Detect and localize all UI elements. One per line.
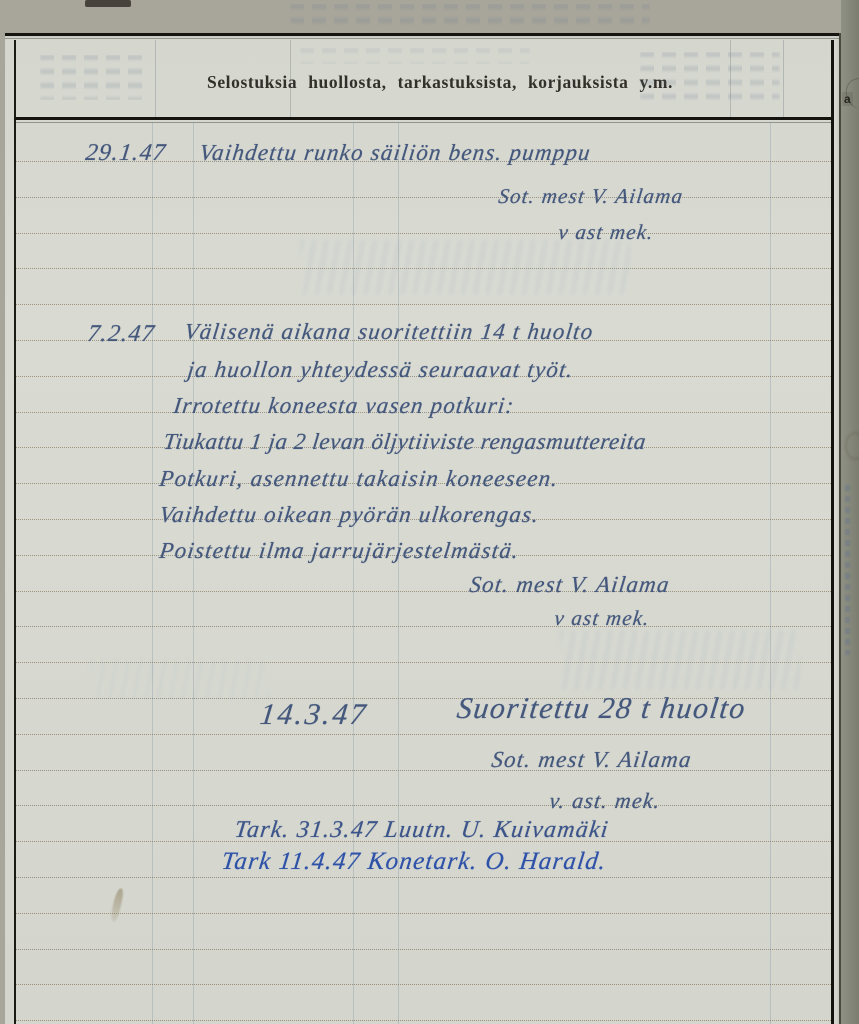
scanned-logbook-page: Selostuksia huollosta, tarkastuksista, k… xyxy=(0,0,859,1024)
page-title: Selostuksia huollosta, tarkastuksista, k… xyxy=(120,72,760,93)
ruled-line xyxy=(16,805,831,806)
header-divider xyxy=(14,117,834,120)
entry2-line6: Vaihdettu oikean pyörän ulkorengas. xyxy=(158,502,541,528)
ruled-line xyxy=(16,949,831,950)
ruled-line xyxy=(16,734,831,735)
ruled-line xyxy=(16,984,831,985)
entry2-line5: Potkuri, asennettu takaisin koneeseen. xyxy=(158,466,560,492)
entry2-signature: Sot. mest V. Ailama xyxy=(468,572,671,598)
entry2-line7: Poistettu ilma jarrujärjestelmästä. xyxy=(158,538,521,564)
page-right-edge xyxy=(839,33,841,1024)
header-divider-shadow xyxy=(14,122,834,123)
entry3-text: Suoritettu 28 t huolto xyxy=(455,692,748,726)
entry2-line3: Irrotettu koneesta vasen potkuri: xyxy=(172,393,516,419)
scan-background-right xyxy=(841,0,859,1024)
ruled-line xyxy=(16,233,831,234)
entry2-line4: Tiukattu 1 ja 2 levan öljytiiviste renga… xyxy=(162,429,648,455)
entry2-line2: ja huollon yhteydessä seuraavat työt. xyxy=(186,357,575,383)
ruled-line xyxy=(16,626,831,627)
entry3-date: 14.3.47 xyxy=(258,698,370,732)
entry2-date: 7.2.47 xyxy=(86,321,157,348)
form-border-right xyxy=(831,40,834,1024)
ruled-line xyxy=(16,268,831,269)
inspection-note-1: Tark. 31.3.47 Luutn. U. Kuivamäki xyxy=(233,817,610,844)
entry1-signature: Sot. mest V. Ailama xyxy=(497,184,685,209)
header-column-line xyxy=(783,40,784,117)
entry1-text: Vaihdettu runko säiliön bens. pumppu xyxy=(198,140,593,166)
entry1-date: 29.1.47 xyxy=(84,140,168,167)
faint-column-line xyxy=(353,123,354,1024)
ruled-line xyxy=(16,197,831,198)
entry2-signature-role: v ast mek. xyxy=(553,606,651,631)
margin-label: a xyxy=(842,92,853,106)
header-column-line xyxy=(155,40,156,117)
ruled-line xyxy=(16,304,831,305)
inspection-note-2: Tark 11.4.47 Konetark. O. Harald. xyxy=(220,848,608,876)
margin-stain xyxy=(845,432,859,460)
ruled-line xyxy=(16,877,831,878)
faint-column-line xyxy=(770,123,771,1024)
page-top-edge xyxy=(5,38,841,39)
faint-column-line xyxy=(152,123,153,1024)
entry3-signature: Sot. mest V. Ailama xyxy=(490,747,693,773)
entry2-line1: Välisenä aikana suoritettiin 14 t huolto xyxy=(183,319,595,345)
entry1-signature-role: v ast mek. xyxy=(557,220,655,245)
ruled-line xyxy=(16,662,831,663)
margin-vertical-imprint xyxy=(845,485,850,655)
header-column-line xyxy=(290,40,291,117)
faint-column-line xyxy=(193,123,194,1024)
ruled-line xyxy=(16,1020,831,1021)
scan-artifact-mark xyxy=(85,0,131,7)
header-column-line xyxy=(730,40,731,117)
bleed-through-top xyxy=(290,4,650,26)
ruled-line xyxy=(16,913,831,914)
ruled-line xyxy=(16,770,831,771)
entry3-signature-role: v. ast. mek. xyxy=(548,788,662,814)
ruled-line xyxy=(16,591,831,592)
faint-column-line xyxy=(398,123,399,1024)
